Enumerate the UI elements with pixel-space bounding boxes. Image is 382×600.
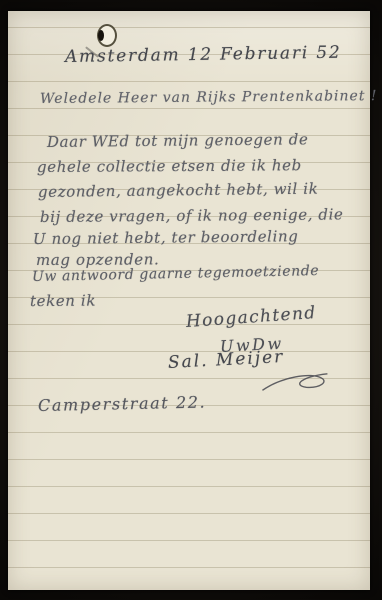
letter-paper: Amsterdam 12 Februari 52 Weledele Heer v…: [8, 11, 370, 590]
letter-body-line: bij deze vragen, of ik nog eenige, die: [40, 205, 344, 226]
letter-body-line: Daar WEd tot mijn genoegen de: [47, 130, 309, 151]
letter-body-line: gehele collectie etsen die ik heb: [37, 156, 302, 176]
letter-body-line: U nog niet hebt, ter beoordeling: [33, 227, 299, 248]
signature: Sal. Meijer: [167, 347, 284, 373]
letter-address: Camperstraat 22.: [38, 392, 207, 415]
scanned-letter-background: Amsterdam 12 Februari 52 Weledele Heer v…: [0, 0, 382, 600]
signature-flourish: [259, 370, 332, 397]
letter-salutation: Weledele Heer van Rijks Prentenkabinet !: [40, 88, 378, 107]
letter-body-line: teken ik: [30, 292, 96, 310]
punch-hole: [97, 24, 117, 47]
letter-dateline: Amsterdam 12 Februari 52: [65, 43, 342, 67]
letter-body-line: gezonden, aangekocht hebt, wil ik: [38, 180, 319, 201]
letter-closing-formula: Hoogachtend: [185, 303, 317, 332]
